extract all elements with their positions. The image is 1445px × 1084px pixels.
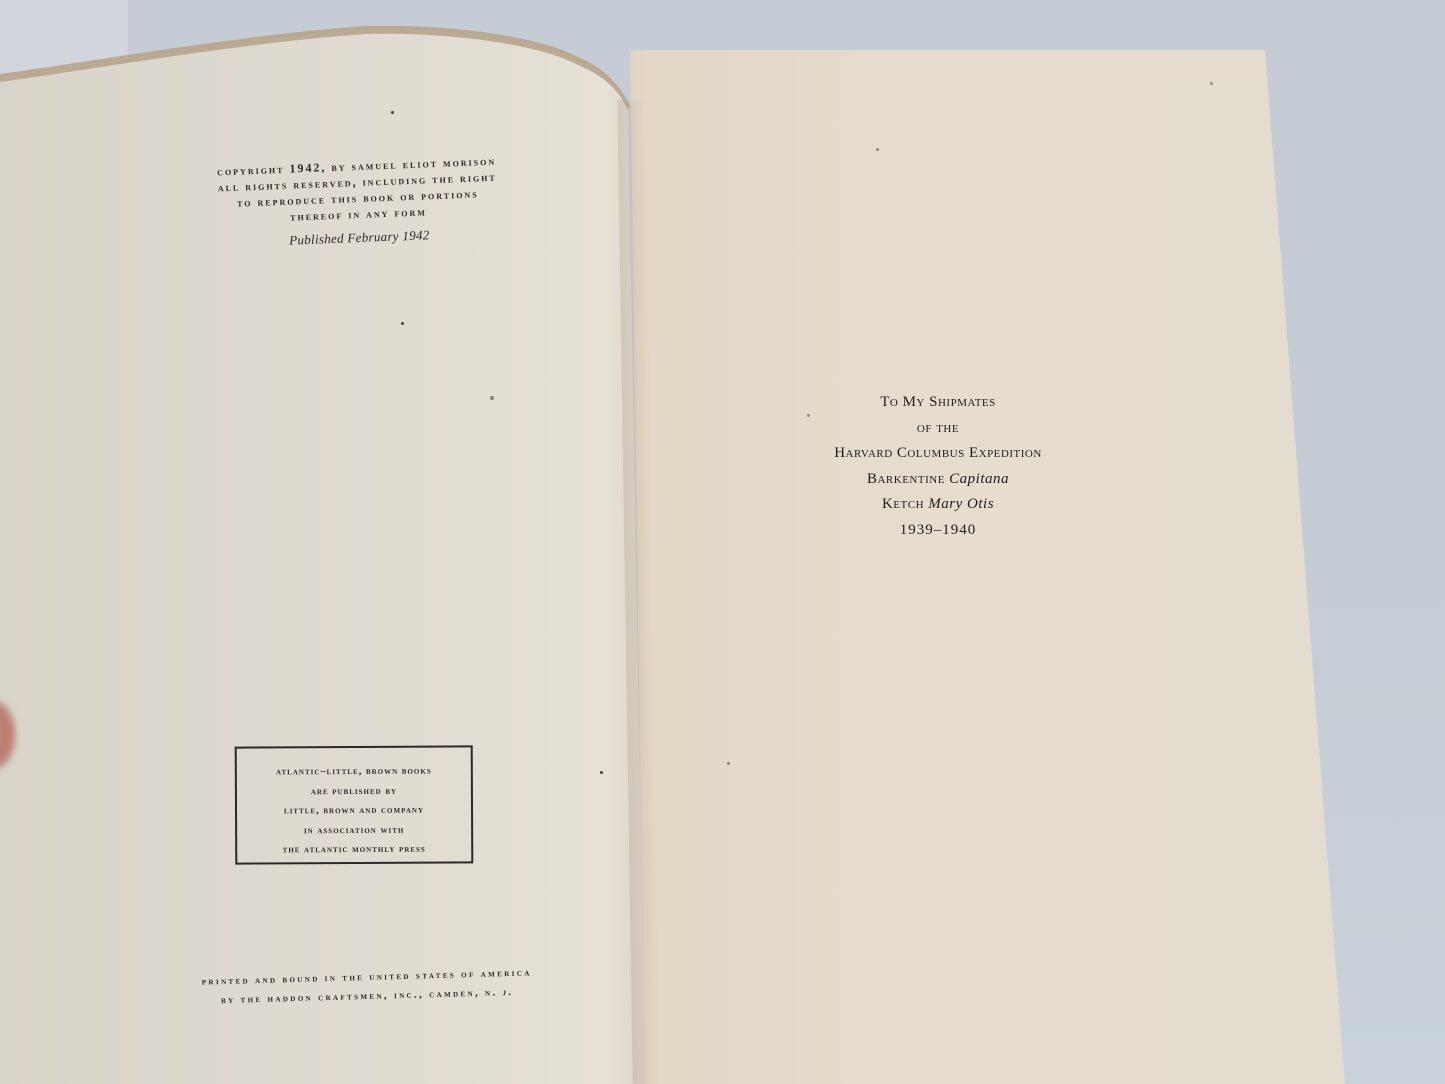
vessel-type: Ketch — [882, 496, 928, 512]
paper-speck — [876, 148, 879, 151]
dedication-line-vessel: Barkentine Capitana — [800, 467, 1076, 493]
paper-speck — [391, 111, 394, 114]
dedication: To My Shipmates of the Harvard Columbus … — [800, 390, 1076, 543]
publisher-box: Atlantic–Little, Brown Books are publish… — [235, 745, 474, 864]
publisher-line: The Atlantic Monthly Press — [237, 839, 471, 860]
dedication-years: 1939–1940 — [800, 518, 1076, 544]
dedication-heading: To My Shipmates — [800, 390, 1076, 416]
publisher-line: Atlantic–Little, Brown Books — [237, 761, 471, 782]
paper-speck — [807, 414, 810, 417]
paper-speck — [1210, 82, 1213, 85]
paper-speck — [600, 771, 603, 774]
dedication-line: Harvard Columbus Expedition — [800, 441, 1076, 467]
paper-speck — [727, 762, 730, 765]
publisher-line: Little, Brown and Company — [237, 800, 471, 821]
vessel-name: Mary Otis — [928, 496, 994, 512]
publisher-line: in association with — [237, 820, 471, 841]
dedication-line: of the — [800, 416, 1076, 442]
dedication-line-vessel: Ketch Mary Otis — [800, 492, 1076, 518]
publisher-line: are published by — [237, 781, 471, 802]
paper-speck — [490, 396, 494, 400]
copyright-notice: Copyright 1942, by Samuel Eliot Morison … — [186, 152, 529, 253]
vessel-name: Capitana — [949, 471, 1009, 487]
paper-speck — [401, 322, 404, 325]
vessel-type: Barkentine — [867, 471, 949, 487]
